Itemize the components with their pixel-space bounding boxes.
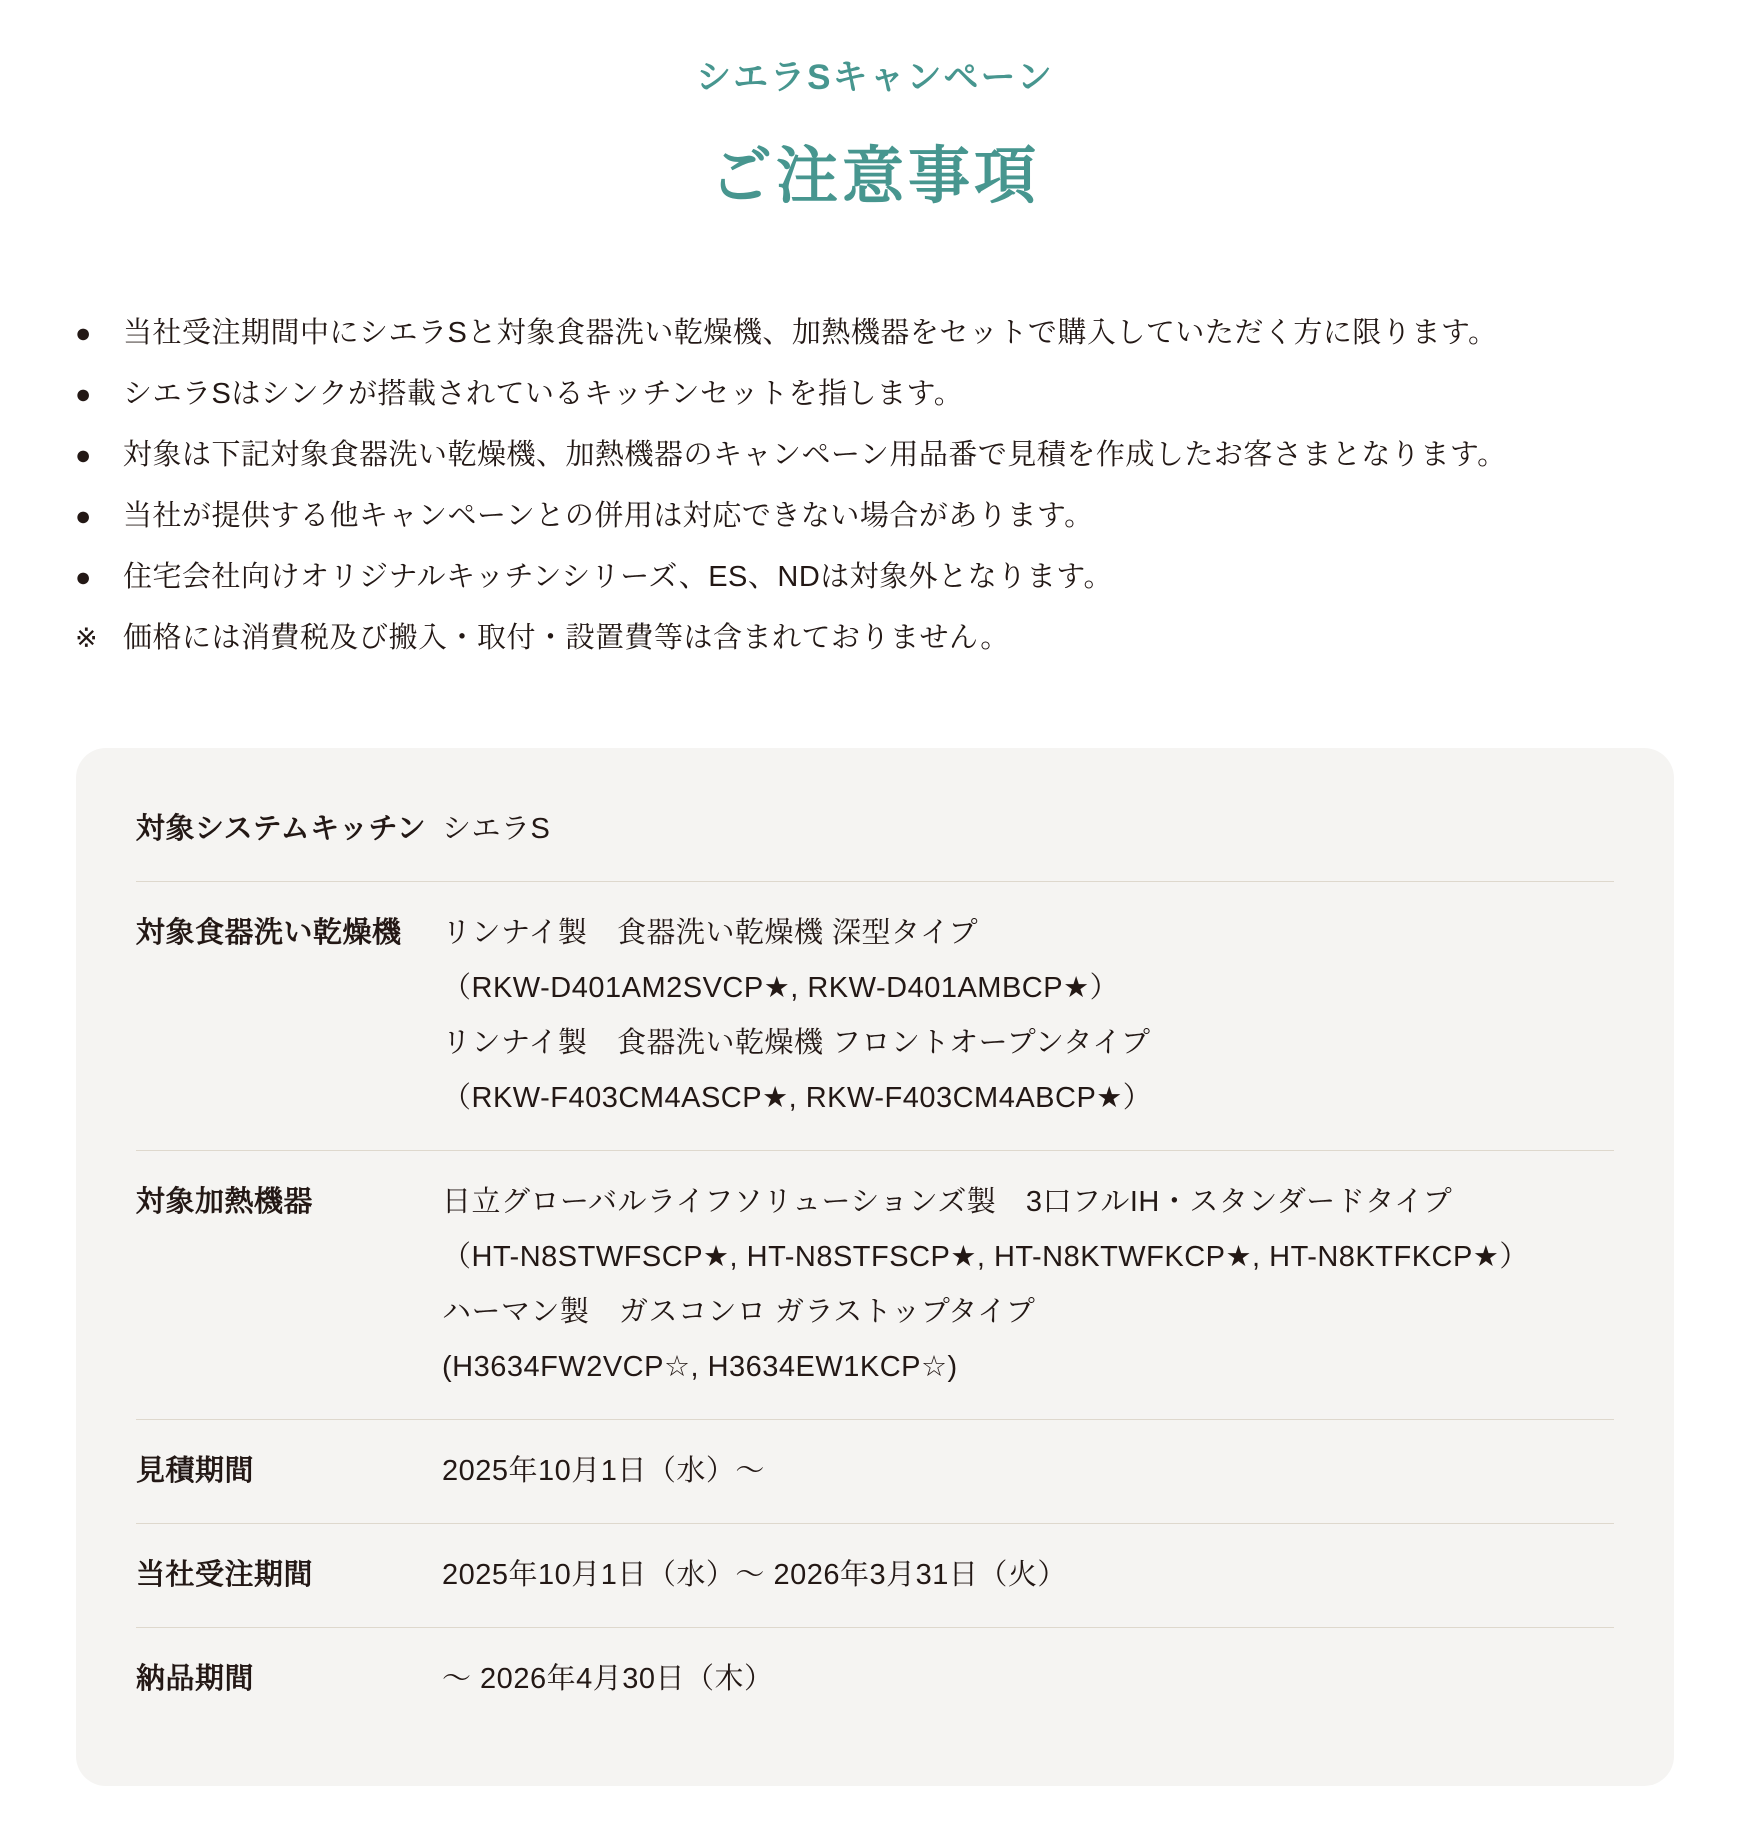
campaign-subtitle: シエラSキャンペーン <box>0 50 1750 100</box>
note-item: ● シエラSはシンクが搭載されているキッチンセットを指します。 <box>75 376 1680 412</box>
note-item: ※ 価格には消費税及び搬入・取付・設置費等は含まれておりません。 <box>75 620 1680 656</box>
row-value: 日立グローバルライフソリューションズ製 3口フルIH・スタンダードタイプ （HT… <box>442 1175 1529 1395</box>
campaign-details-card: 対象システムキッチン シエラS 対象食器洗い乾燥機 リンナイ製 食器洗い乾燥機 … <box>76 748 1674 1786</box>
note-item: ● 当社受注期間中にシエラSと対象食器洗い乾燥機、加熱機器をセットで購入していた… <box>75 315 1680 351</box>
page-title: ご注意事項 <box>0 126 1750 215</box>
bullet-icon: ● <box>75 315 112 351</box>
row-value-line: シエラS <box>442 802 550 857</box>
row-value-line: リンナイ製 食器洗い乾燥機 深型タイプ <box>442 906 1152 961</box>
note-item: ● 当社が提供する他キャンペーンとの併用は対応できない場合があります。 <box>75 498 1680 534</box>
asterisk-note-icon: ※ <box>75 620 112 656</box>
table-row-order-period: 当社受注期間 2025年10月1日（水）～ 2026年3月31日（火） <box>136 1524 1614 1628</box>
table-row-delivery-period: 納品期間 ～ 2026年4月30日（木） <box>136 1628 1614 1731</box>
note-text: シエラSはシンクが搭載されているキッチンセットを指します。 <box>123 376 963 412</box>
table-row-quote-period: 見積期間 2025年10月1日（水）～ <box>136 1420 1614 1524</box>
row-value-line: リンナイ製 食器洗い乾燥機 フロントオープンタイプ <box>442 1016 1152 1071</box>
row-value: 2025年10月1日（水）～ <box>442 1444 765 1499</box>
row-value: 2025年10月1日（水）～ 2026年3月31日（火） <box>442 1548 1067 1603</box>
row-label: 対象食器洗い乾燥機 <box>136 906 442 961</box>
bullet-icon: ● <box>75 376 112 412</box>
row-value: ～ 2026年4月30日（木） <box>442 1652 773 1707</box>
row-value-line: （RKW-F403CM4ASCP★, RKW-F403CM4ABCP★） <box>442 1071 1152 1126</box>
row-value-line: ハーマン製 ガスコンロ ガラストップタイプ <box>442 1285 1529 1340</box>
row-label: 対象システムキッチン <box>136 802 442 857</box>
note-item: ● 住宅会社向けオリジナルキッチンシリーズ、ES、NDは対象外となります。 <box>75 559 1680 595</box>
row-value-line: 日立グローバルライフソリューションズ製 3口フルIH・スタンダードタイプ <box>442 1175 1529 1230</box>
note-item: ● 対象は下記対象食器洗い乾燥機、加熱機器のキャンペーン用品番で見積を作成したお… <box>75 437 1680 473</box>
row-value: シエラS <box>442 802 550 857</box>
table-row-target-dishwasher: 対象食器洗い乾燥機 リンナイ製 食器洗い乾燥機 深型タイプ （RKW-D401A… <box>136 882 1614 1151</box>
note-text: 当社が提供する他キャンペーンとの併用は対応できない場合があります。 <box>123 498 1094 534</box>
notes-list: ● 当社受注期間中にシエラSと対象食器洗い乾燥機、加熱機器をセットで購入していた… <box>75 315 1680 656</box>
row-value-line: ～ 2026年4月30日（木） <box>442 1652 773 1707</box>
bullet-icon: ● <box>75 559 112 595</box>
note-text: 当社受注期間中にシエラSと対象食器洗い乾燥機、加熱機器をセットで購入していただく… <box>123 315 1498 351</box>
bullet-icon: ● <box>75 437 112 473</box>
note-text: 住宅会社向けオリジナルキッチンシリーズ、ES、NDは対象外となります。 <box>123 559 1113 595</box>
notice-page: シエラSキャンペーン ご注意事項 ● 当社受注期間中にシエラSと対象食器洗い乾燥… <box>0 0 1750 1786</box>
row-value-line: （HT-N8STWFSCP★, HT-N8STFSCP★, HT-N8KTWFK… <box>442 1230 1529 1285</box>
page-header: シエラSキャンペーン ご注意事項 <box>0 0 1750 215</box>
row-value-line: 2025年10月1日（水）～ 2026年3月31日（火） <box>442 1548 1067 1603</box>
row-label: 当社受注期間 <box>136 1548 442 1603</box>
row-label: 対象加熱機器 <box>136 1175 442 1230</box>
note-text: 価格には消費税及び搬入・取付・設置費等は含まれておりません。 <box>123 620 1010 656</box>
row-value-line: 2025年10月1日（水）～ <box>442 1444 765 1499</box>
row-value-line: （RKW-D401AM2SVCP★, RKW-D401AMBCP★） <box>442 961 1152 1016</box>
table-row-target-kitchen: 対象システムキッチン シエラS <box>136 778 1614 882</box>
row-value-line: (H3634FW2VCP☆, H3634EW1KCP☆) <box>442 1340 1529 1395</box>
row-value: リンナイ製 食器洗い乾燥機 深型タイプ （RKW-D401AM2SVCP★, R… <box>442 906 1152 1126</box>
row-label: 納品期間 <box>136 1652 442 1707</box>
bullet-icon: ● <box>75 498 112 534</box>
row-label: 見積期間 <box>136 1444 442 1499</box>
note-text: 対象は下記対象食器洗い乾燥機、加熱機器のキャンペーン用品番で見積を作成したお客さ… <box>123 437 1507 473</box>
table-row-target-cooktop: 対象加熱機器 日立グローバルライフソリューションズ製 3口フルIH・スタンダード… <box>136 1151 1614 1420</box>
